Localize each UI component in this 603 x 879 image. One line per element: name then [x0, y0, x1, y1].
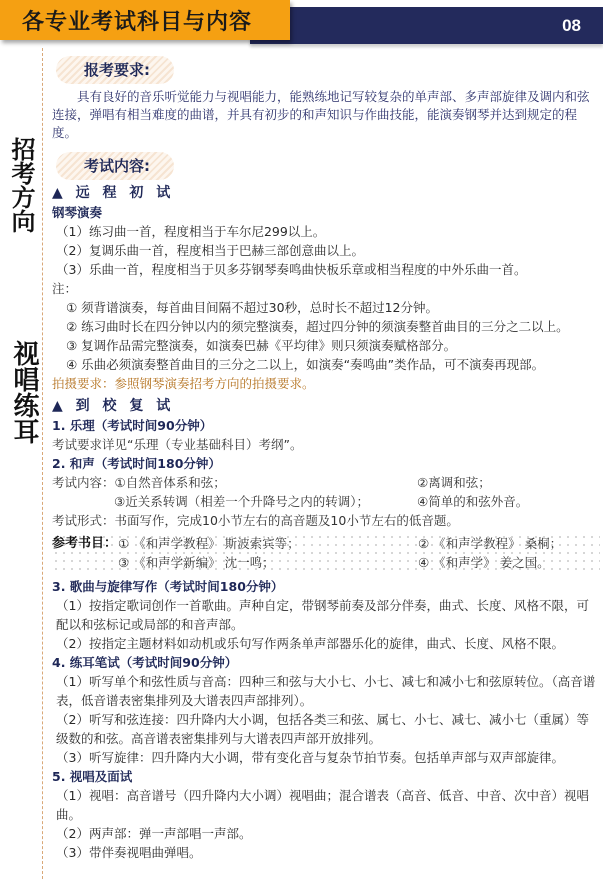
- remote-item: （3）乐曲一首，程度相当于贝多芬钢琴奏鸣曲快板乐章或相当程度的中外乐曲一首。: [52, 260, 600, 279]
- remote-subject: 钢琴演奏: [52, 203, 600, 222]
- header-title-box: 各专业考试科目与内容: [0, 0, 290, 40]
- dashed-divider: [42, 48, 43, 879]
- section-item: （1）按指定歌词创作一首歌曲。声种自定，带钢琴前奏及部分伴奏，曲式、长度、风格不…: [52, 596, 600, 634]
- section-item: （2）按指定主题材料如动机或乐句写作两条单声部器乐化的旋律，曲式、长度、风格不限…: [52, 634, 600, 653]
- page-number: 08: [562, 16, 581, 36]
- exam-content-heading: 考试内容:: [84, 157, 150, 176]
- remote-item: （2）复调乐曲一首，程度相当于巴赫三部创意曲以上。: [52, 241, 600, 260]
- section-item: （1）听写单个和弦性质与音高：四种三和弦与大小七、小七、减七和减小七和弦原转位。…: [52, 672, 600, 710]
- note-item: ③ 复调作品需完整演奏，如演奏巴赫《平均律》则只须演奏赋格部分。: [52, 336, 600, 355]
- exam-content-heading-pill: 考试内容:: [56, 152, 174, 180]
- harmony-content-row: ③近关系转调（相差一个升降号之内的转调）； ④简单的和弦外音。: [52, 492, 600, 511]
- content-item: ①自然音体系和弦；: [115, 475, 226, 490]
- note-label: 注：: [52, 279, 600, 298]
- requirements-text: 具有良好的音乐听觉能力与视唱能力，能熟练地记写较复杂的单声部、多声部旋律及调内和…: [52, 88, 600, 142]
- ref-item: ④ 《和声学》 姜之国。: [418, 553, 550, 572]
- section-item: （2）听写和弦连接：四升降内大小调，包括各类三和弦、属七、小七、减七、减小七（重…: [52, 710, 600, 748]
- note-item: ① 须背谱演奏，每首曲目间隔不超过30秒，总时长不超过12分钟。: [52, 298, 600, 317]
- side-label-direction: 视唱练耳: [5, 340, 35, 444]
- content-item: ④简单的和弦外音。: [417, 492, 528, 511]
- reference-books-box: 参考书目： ① 《和声学教程》 斯波索宾等； ② 《和声学教程》 桑桐； ③ 《…: [52, 533, 600, 574]
- ref-item: ③ 《和声学新编》 沈一鸣；: [118, 553, 418, 572]
- requirements-heading-pill: 报考要求:: [56, 56, 174, 84]
- ref-item: ① 《和声学教程》 斯波索宾等；: [118, 534, 418, 553]
- main-content: 报考要求: 具有良好的音乐听觉能力与视唱能力，能熟练地记写较复杂的单声部、多声部…: [52, 48, 600, 862]
- content-item: ③近关系转调（相差一个升降号之内的转调）；: [52, 492, 417, 511]
- side-label-text: 视唱练耳: [5, 340, 43, 444]
- page-title: 各专业考试科目与内容: [22, 5, 252, 36]
- section-item: （3）带伴奏视唱曲弹唱。: [52, 843, 600, 862]
- onsite-stage-title: ▲ 到 校 复 试: [52, 397, 600, 416]
- header-bar: 08: [250, 7, 603, 44]
- content-item: ②离调和弦；: [417, 473, 491, 492]
- content-label: 考试内容：: [52, 475, 115, 490]
- note-item: ② 练习曲时长在四分钟以内的须完整演奏，超过四分钟的须演奏整首曲目的三分之二以上…: [52, 317, 600, 336]
- section-heading: 2. 和声（考试时间180分钟）: [52, 454, 600, 473]
- section-heading: 5. 视唱及面试: [52, 767, 600, 786]
- section-heading: 3. 歌曲与旋律写作（考试时间180分钟）: [52, 577, 600, 596]
- harmony-content-row: 考试内容：①自然音体系和弦； ②离调和弦；: [52, 473, 600, 492]
- section-item: （1）视唱：高音谱号（四升降内大小调）视唱曲；混合谱表（高音、低音、中音、次中音…: [52, 786, 600, 824]
- ref-item: ② 《和声学教程》 桑桐；: [418, 534, 562, 553]
- filming-requirement: 拍摄要求：参照钢琴演奏招考方向的拍摄要求。: [52, 374, 600, 393]
- side-label-text: 招考方向: [5, 137, 37, 233]
- section-heading: 1. 乐理（考试时间90分钟）: [52, 416, 600, 435]
- note-item: ④ 乐曲必须演奏整首曲目的三分之二以上，如演奏“奏鸣曲”类作品，可不演奏再现部。: [52, 355, 600, 374]
- ref-label: 参考书目：: [52, 534, 118, 553]
- remote-item: （1）练习曲一首，程度相当于车尔尼299以上。: [52, 222, 600, 241]
- remote-stage-title: ▲ 远 程 初 试: [52, 184, 600, 203]
- section-item: （3）听写旋律：四升降内大小调，带有变化音与复杂节拍节奏。包括单声部与双声部旋律…: [52, 748, 600, 767]
- harmony-form: 考试形式：书面写作，完成10小节左右的高音题及10小节左右的低音题。: [52, 511, 600, 530]
- section-text: 考试要求详见“乐理（专业基础科目）考纲”。: [52, 435, 600, 454]
- side-label-category: 招考方向: [5, 137, 35, 233]
- section-item: （2）两声部：弹一声部唱一声部。: [52, 824, 600, 843]
- section-heading: 4. 练耳笔试（考试时间90分钟）: [52, 653, 600, 672]
- requirements-heading: 报考要求:: [84, 61, 150, 80]
